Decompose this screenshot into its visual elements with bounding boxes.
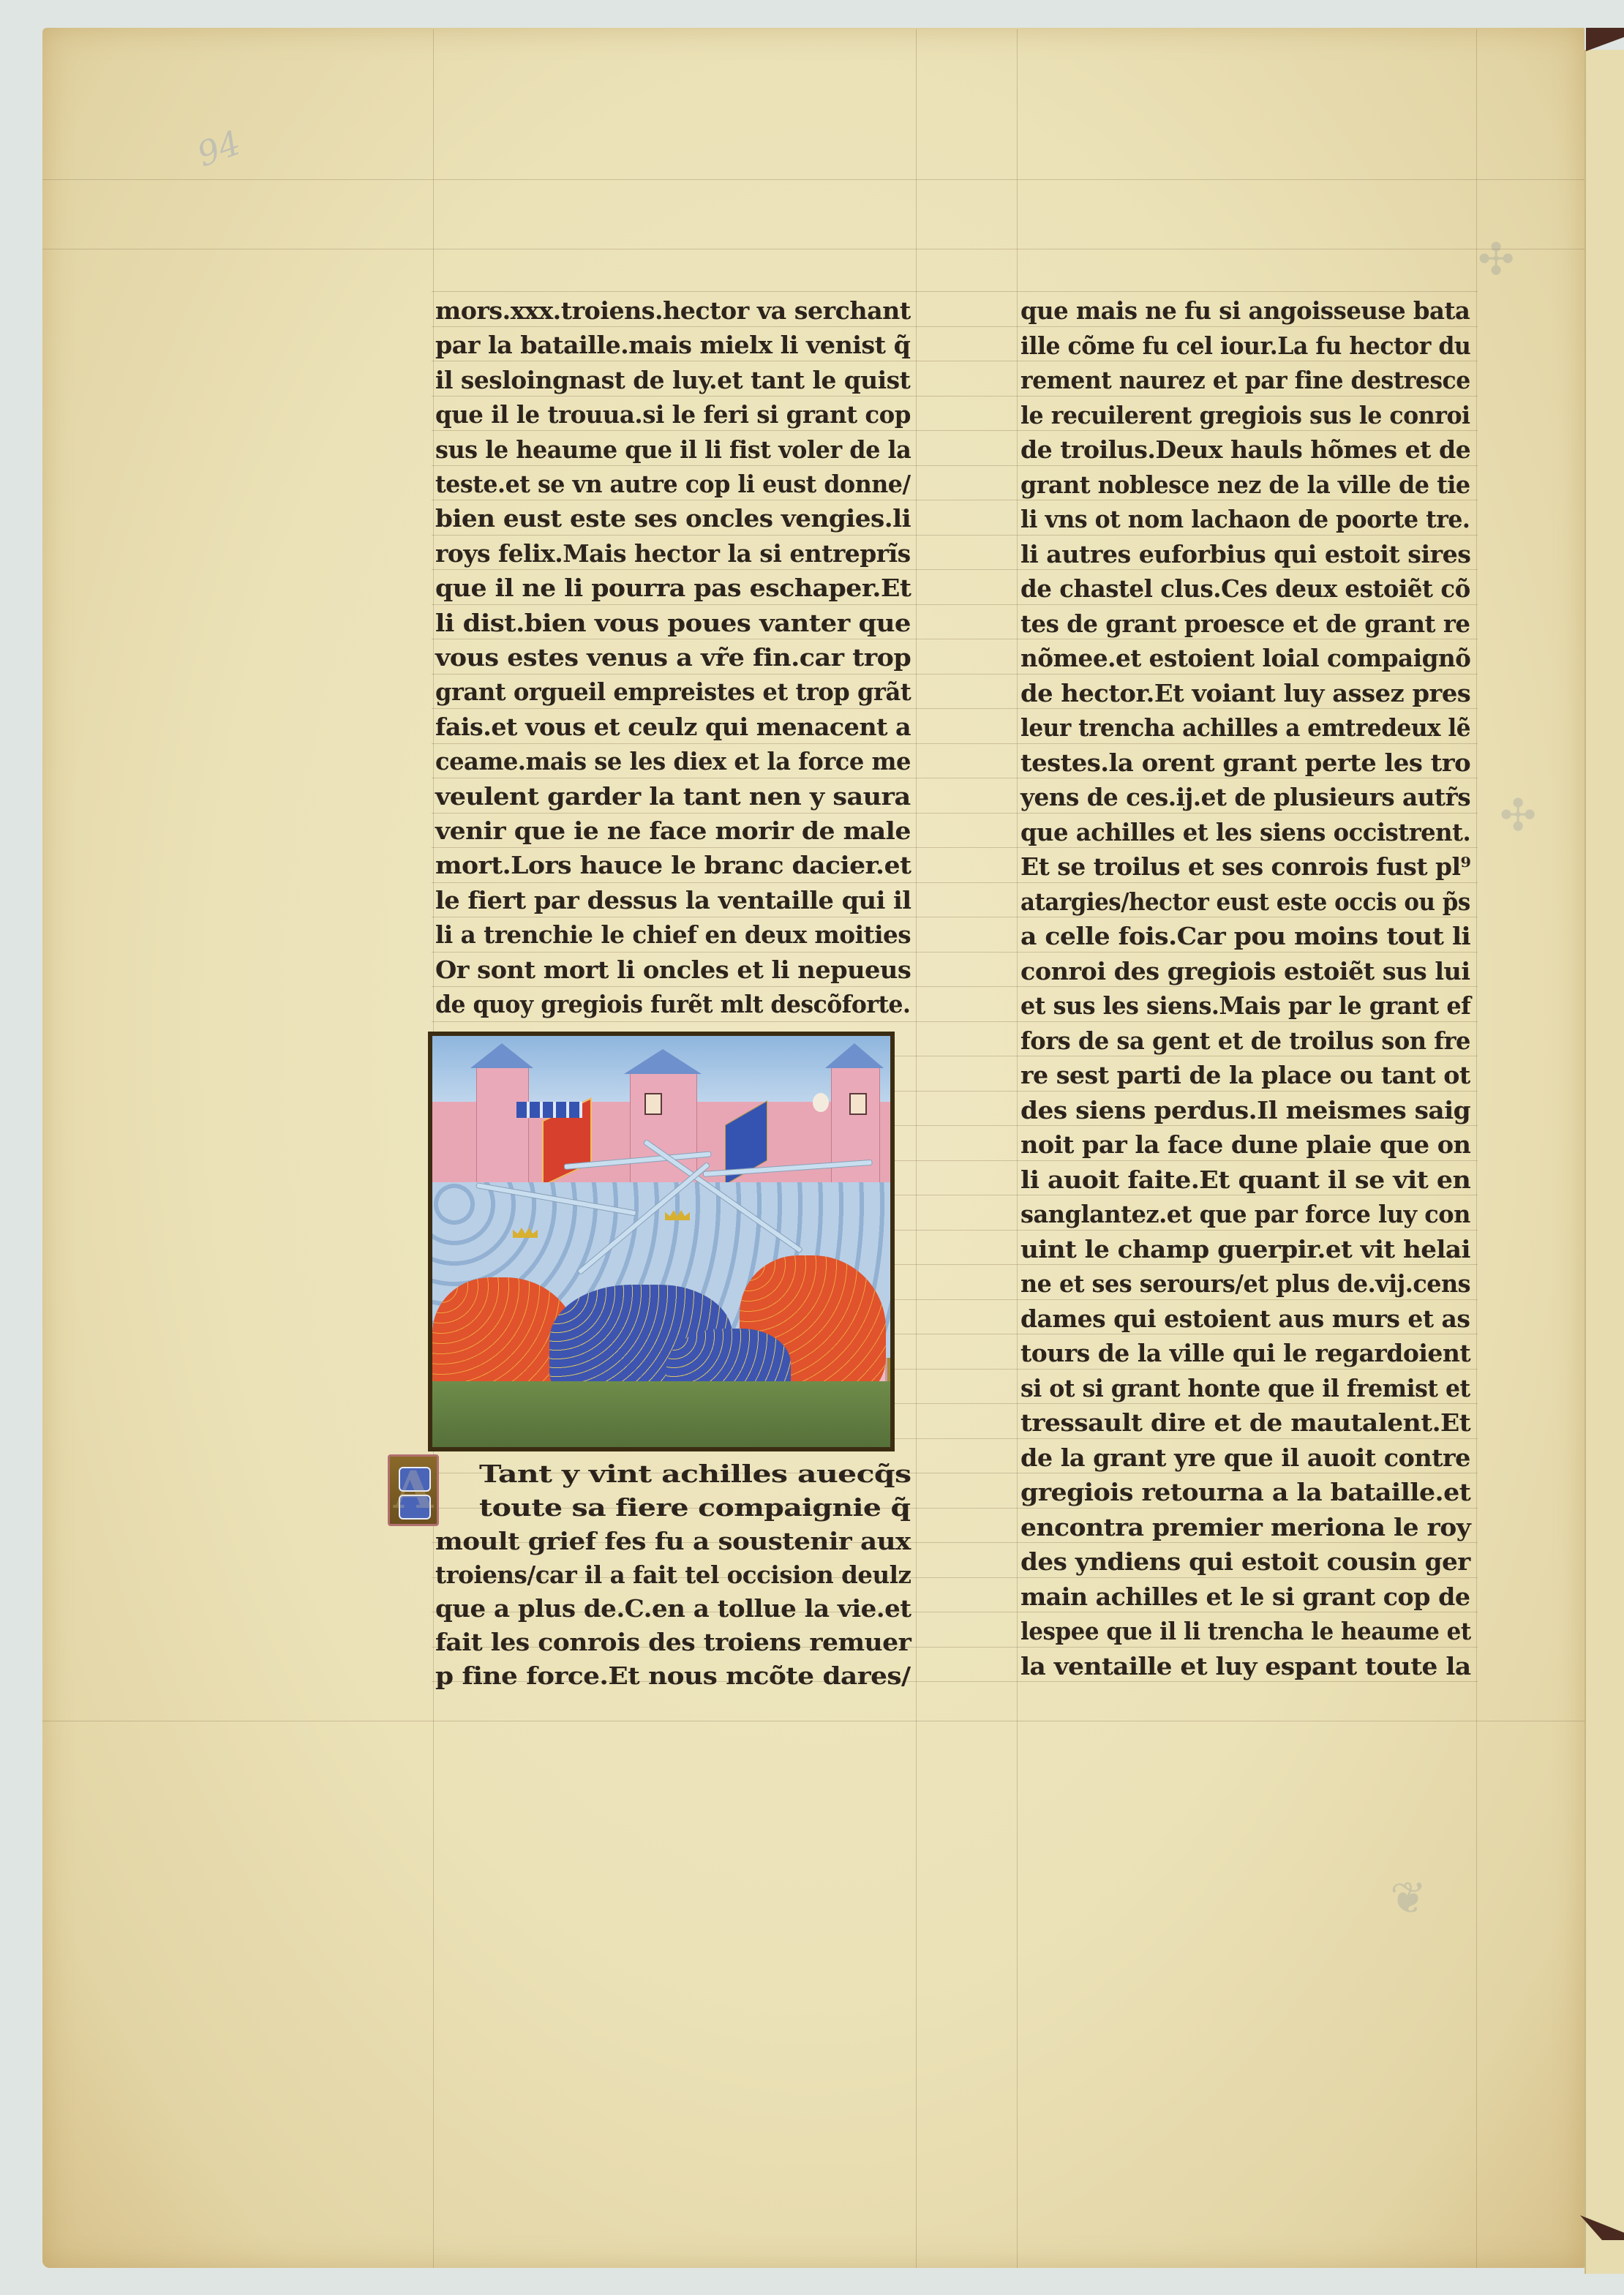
- text-line: de hector.Et voiant luy assez pres: [1020, 679, 1470, 708]
- text-line: leur trencha achilles a emtredeux lẽ: [1020, 713, 1470, 743]
- text-line: Or sont mort li oncles et li nepueus: [435, 955, 911, 985]
- text-line: la ventaille et luy espant toute la: [1020, 1652, 1471, 1681]
- text-line: des yndiens qui estoit cousin ger: [1020, 1547, 1470, 1577]
- text-line: atargies/hector eust este occis ou p̃s: [1020, 887, 1470, 917]
- text-line: p fine force.Et nous mcõte dares/: [435, 1661, 911, 1691]
- text-line: bien eust este ses oncles vengies.li: [435, 504, 911, 533]
- text-line: conroi des gregiois estoiẽt sus lui: [1020, 957, 1470, 986]
- text-line: yens de ces.ij.et de plusieurs autr̃s: [1020, 783, 1470, 812]
- text-line: que achilles et les siens occistrent.: [1020, 818, 1470, 847]
- ruling-line: [432, 882, 1478, 883]
- text-line: il sesloingnast de luy.et tant le quist: [435, 366, 910, 395]
- text-line: veulent garder la tant nen y saura: [435, 782, 911, 811]
- text-line: li autres euforbius qui estoit sires: [1020, 540, 1470, 569]
- marginal-sketch: ✣: [1478, 234, 1514, 285]
- ground: [432, 1381, 890, 1447]
- text-line: de la grant yre que il auoit contre: [1020, 1443, 1470, 1473]
- text-line: teste.et se vn autre cop li eust donne/: [435, 470, 911, 499]
- text-line: li dist.bien vous poues vanter que: [435, 609, 911, 638]
- ruling-line: [432, 430, 1478, 431]
- text-line: fors de sa gent et de troilus son fre: [1020, 1026, 1470, 1056]
- text-line: Et se troilus et ses conrois fust pl⁹: [1020, 852, 1470, 882]
- blue-pennant: [516, 1102, 582, 1118]
- ruling-line: [432, 778, 1478, 778]
- text-line: si ot si grant honte que il fremist et: [1020, 1374, 1470, 1403]
- ruling-line: [432, 847, 1478, 848]
- ruling-line: [42, 179, 1584, 180]
- text-line: mort.Lors hauce le branc dacier.et: [435, 851, 911, 880]
- text-line: fait les conrois des troiens remuer: [435, 1628, 911, 1657]
- decorated-initial: A: [388, 1454, 439, 1526]
- ruling-line: [432, 535, 1478, 536]
- text-line: testes.la orent grant perte les tro: [1020, 748, 1470, 778]
- text-line: nõmee.et estoient loial compaignõ: [1020, 644, 1470, 673]
- spectator-face: [644, 1093, 662, 1115]
- ruling-line: [916, 29, 917, 2268]
- spectator-face: [813, 1093, 829, 1112]
- ruling-line: [432, 361, 1478, 361]
- text-line: gregiois retourna a la bataille.et: [1020, 1478, 1470, 1507]
- text-line: tressault dire et de mautalent.Et: [1020, 1408, 1470, 1438]
- text-line: ne et ses serours/et plus de.vij.cens: [1020, 1269, 1470, 1299]
- text-line: lespee que il li trencha le heaume et: [1020, 1617, 1471, 1646]
- text-line: li auoit faite.Et quant il se vit en: [1020, 1165, 1470, 1195]
- binding-corner-top: [1586, 28, 1624, 51]
- ruling-line: [432, 674, 1478, 675]
- text-line: troiens/car il a fait tel occision deulz: [435, 1560, 911, 1590]
- text-line: vous estes venus a vr̃e fin.car trop: [435, 643, 911, 672]
- ruling-line: [432, 917, 1478, 917]
- text-line: roys felix.Mais hector la si entreprĩs: [435, 539, 911, 568]
- ruling-line: [432, 569, 1478, 570]
- text-line: que il ne li pourra pas eschaper.Et: [435, 574, 911, 603]
- text-line: dames qui estoient aus murs et as: [1020, 1304, 1470, 1334]
- text-line: par la bataille.mais mielx li venist q̃: [435, 331, 910, 360]
- text-line: Tant y vint achilles auecq̃s: [479, 1460, 911, 1489]
- ruling-line: [432, 396, 1478, 397]
- text-line: le recuilerent gregiois sus le conroi: [1020, 401, 1470, 430]
- ruling-line: [432, 1021, 1478, 1022]
- text-line: que a plus de.C.en a tollue la vie.et: [435, 1594, 911, 1623]
- ruling-line: [432, 500, 1478, 500]
- text-line: grant orgueil empreistes et trop grãt: [435, 677, 911, 707]
- ruling-line: [1017, 29, 1018, 2268]
- text-line: ceame.mais se les diex et la force me: [435, 747, 911, 776]
- text-line: que mais ne fu si angoisseuse bata: [1020, 296, 1470, 326]
- text-line: li a trenchie le chief en deux moities: [435, 920, 911, 950]
- ruling-line: [432, 326, 1478, 327]
- ruling-line: [432, 708, 1478, 709]
- text-line: tours de la ville qui le regardoient: [1020, 1339, 1470, 1368]
- text-line: et sus les siens.Mais par le grant ef: [1020, 991, 1470, 1021]
- text-line: que il le trouua.si le feri si grant cop: [435, 400, 911, 429]
- ruling-line: [42, 1721, 1584, 1721]
- ruling-line: [432, 986, 1478, 987]
- text-line: sus le heaume que il li fist voler de la: [435, 435, 911, 465]
- text-line: de chastel clus.Ces deux estoiẽt cõ: [1020, 574, 1470, 604]
- ruling-line: [1476, 29, 1477, 2268]
- text-line: grant noblesce nez de la ville de tie: [1020, 470, 1470, 500]
- text-line: encontra premier meriona le roy: [1020, 1513, 1470, 1542]
- spectator-face: [849, 1093, 867, 1115]
- ruling-line: [432, 952, 1478, 953]
- ruling-line: [432, 743, 1478, 744]
- text-line: de quoy gregiois furẽt mlt descõforte.: [435, 990, 911, 1019]
- text-line: des siens perdus.Il meismes saig: [1020, 1096, 1470, 1125]
- text-line: main achilles et le si grant cop de: [1020, 1582, 1470, 1612]
- text-line: de troilus.Deux hauls hõmes et de: [1020, 435, 1470, 465]
- text-line: venir que ie ne face morir de male: [435, 816, 911, 846]
- text-line: le fiert par dessus la ventaille qui il: [435, 886, 911, 915]
- tower-roof: [825, 1043, 884, 1068]
- ruling-line: [432, 639, 1478, 639]
- text-line: rement naurez et par fine destresce: [1020, 366, 1470, 395]
- text-line: toute sa fiere compaignie q̃: [479, 1493, 910, 1522]
- text-line: noit par la face dune plaie que on: [1020, 1130, 1470, 1160]
- tower-roof: [624, 1049, 702, 1074]
- ruling-line: [432, 813, 1478, 814]
- text-line: tes de grant proesce et de grant re: [1020, 609, 1470, 639]
- text-line: re sest parti de la place ou tant ot: [1020, 1061, 1470, 1090]
- text-line: fais.et vous et ceulz qui menacent a: [435, 713, 911, 742]
- text-line: ille cõme fu cel iour.La fu hector du: [1020, 331, 1470, 361]
- tower-roof: [470, 1043, 533, 1068]
- text-line: uint le champ guerpir.et vit helai: [1020, 1235, 1470, 1264]
- text-line: sanglantez.et que par force luy con: [1020, 1200, 1470, 1229]
- ruling-line: [432, 604, 1478, 605]
- marginal-sketch: ❦: [1390, 1873, 1426, 1924]
- ruling-line: [432, 465, 1478, 466]
- miniature-battle-scene: [428, 1032, 895, 1451]
- text-line: li vns ot nom lachaon de poorte tre.: [1020, 505, 1470, 534]
- initial-letter: A: [390, 1457, 437, 1524]
- text-line: moult grief fes fu a soustenir aux: [435, 1527, 911, 1556]
- text-line: mors.xxx.troiens.hector va serchant: [435, 296, 911, 326]
- text-line: a celle fois.Car pou moins tout li: [1020, 922, 1470, 951]
- marginal-sketch: ✣: [1500, 790, 1536, 841]
- ruling-line: [432, 291, 1478, 292]
- ruling-line: [42, 249, 1584, 249]
- next-page-edge: [1584, 50, 1624, 2274]
